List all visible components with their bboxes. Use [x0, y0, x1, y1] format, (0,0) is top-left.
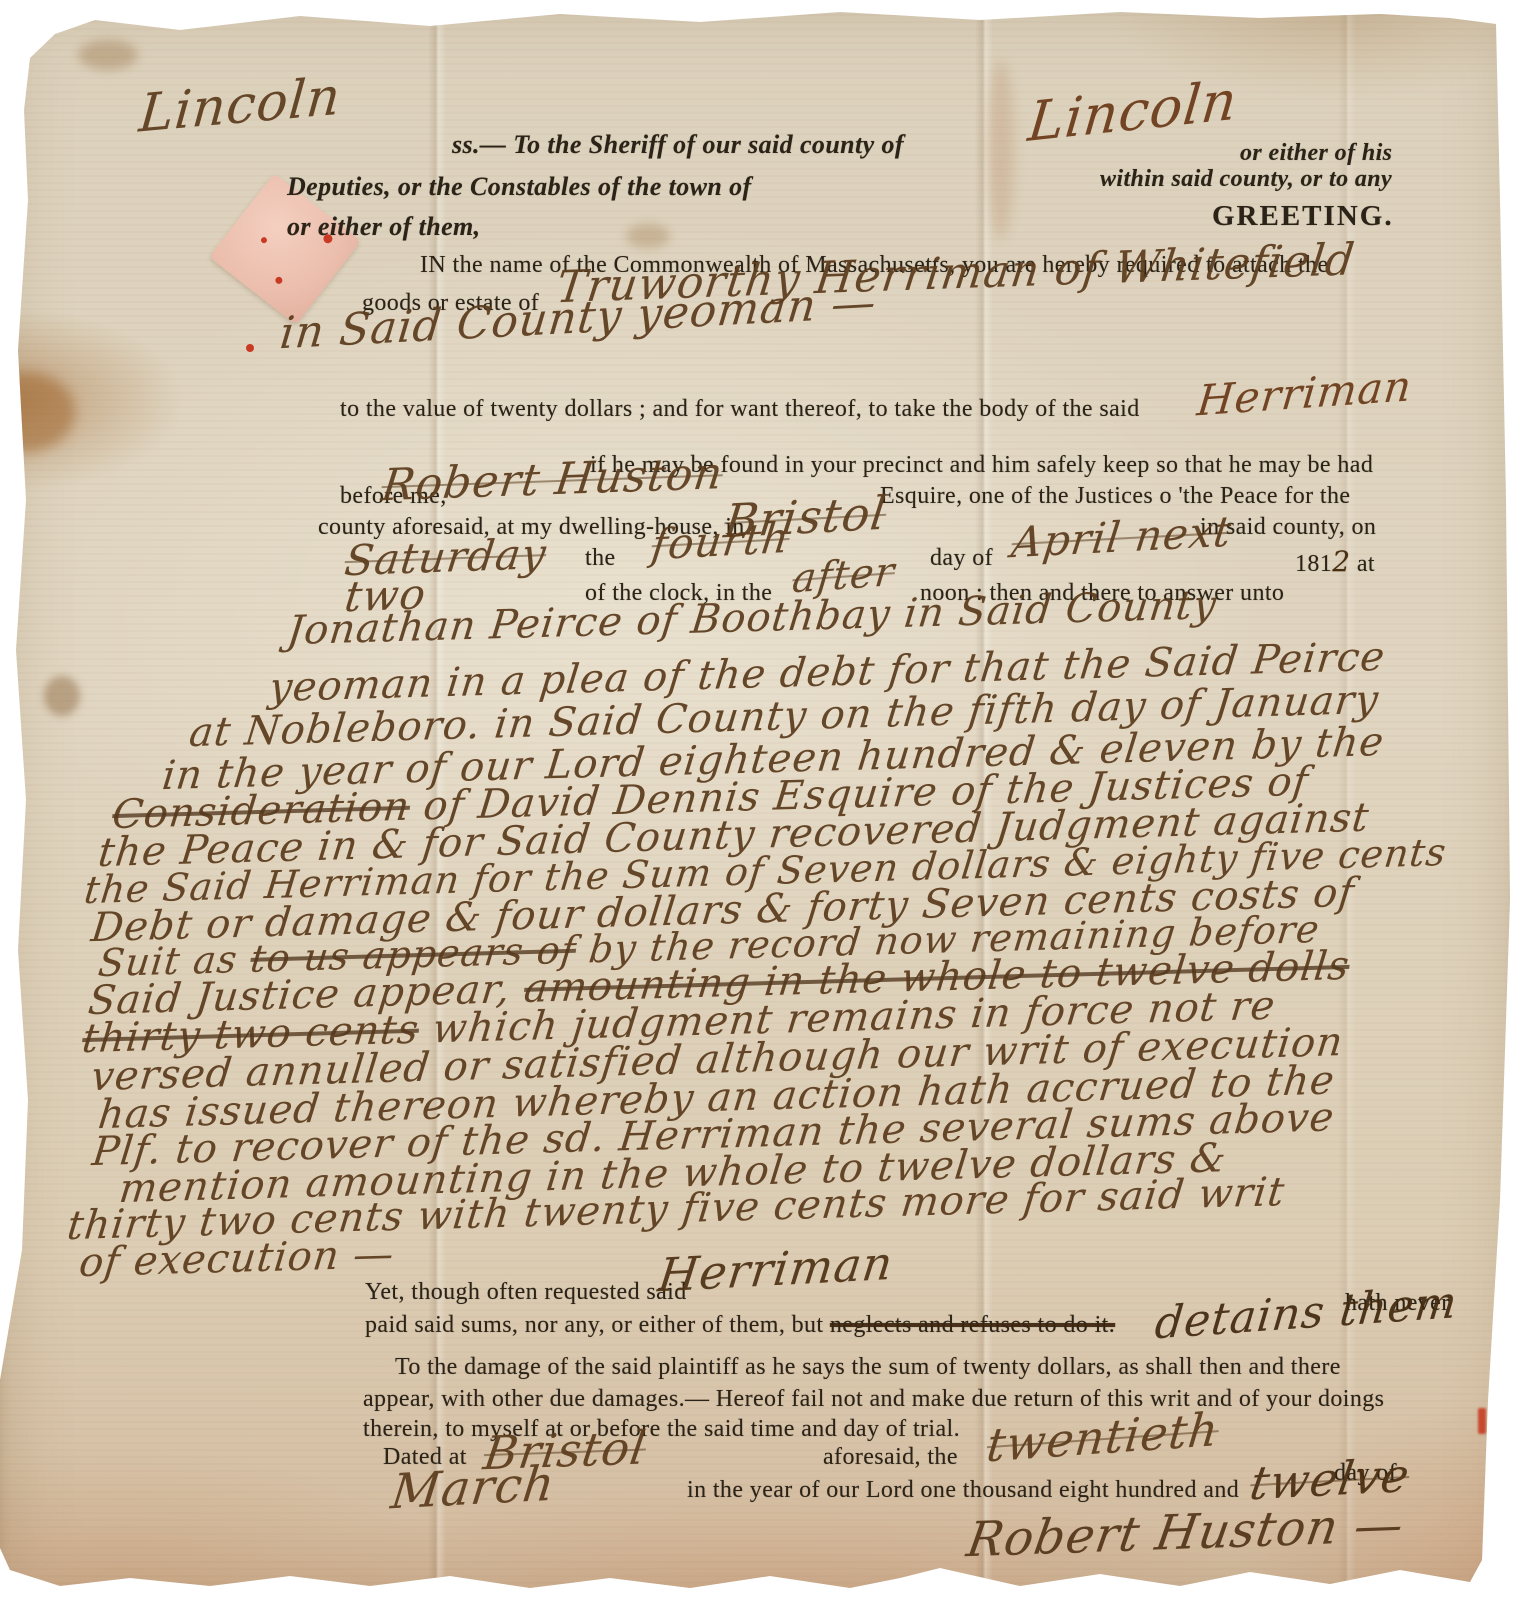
- printed-year-line: in the year of our Lord one thousand eig…: [687, 1477, 1239, 1504]
- wax-speck: [246, 344, 254, 352]
- printed-paid-text: paid said sums, nor any, or either of th…: [365, 1312, 830, 1338]
- printed-damage-line-1: To the damage of the said plaintiff as h…: [395, 1354, 1341, 1381]
- printed-yet-line: Yet, though often requested said: [365, 1279, 687, 1306]
- printed-value-line: to the value of twenty dollars ; and for…: [340, 396, 1140, 423]
- year-last-digit-handwritten: 2: [1332, 545, 1350, 578]
- printed-year-digits: 181: [1295, 551, 1332, 577]
- printed-day-of: day of: [930, 545, 993, 572]
- wax-speck: [260, 236, 268, 244]
- detains-them-handwritten: detains them: [1153, 1277, 1461, 1350]
- handwritten-line: of execution —: [77, 1231, 397, 1286]
- printed-aforesaid-the: aforesaid, the: [823, 1444, 958, 1471]
- printed-neglects-struck: neglects and refuses to do it.: [830, 1312, 1115, 1338]
- stain: [626, 224, 670, 248]
- defendant-surname-handwritten-2: Herriman: [655, 1236, 896, 1303]
- scanned-document: Lincoln ss.— To the Sheriff of our said …: [0, 0, 1516, 1600]
- stain: [0, 372, 75, 452]
- red-edge-mark: [8, 158, 20, 174]
- stain: [44, 676, 80, 716]
- printed-at: at: [1357, 551, 1375, 577]
- document-paper: Lincoln ss.— To the Sheriff of our said …: [0, 0, 1516, 1600]
- printed-damage-line-3: therein, to myself at or before the said…: [363, 1416, 960, 1443]
- printed-or-either-his: or either of his: [1240, 140, 1392, 167]
- month-handwritten: April next: [1009, 506, 1235, 567]
- county-handwritten-left: Lincoln: [137, 66, 344, 144]
- red-edge-mark: [1478, 1408, 1486, 1434]
- printed-paid-line: paid said sums, nor any, or either of th…: [365, 1312, 1115, 1339]
- defendant-surname-handwritten: Herriman: [1195, 361, 1415, 425]
- red-edge-mark: [2, 96, 8, 128]
- printed-the: the: [585, 545, 616, 572]
- wax-speck: [274, 275, 284, 285]
- dateline-month-handwritten: March: [388, 1455, 558, 1520]
- day-ordinal-handwritten: fourth: [649, 513, 793, 570]
- stain: [78, 40, 138, 70]
- handwritten-segment: of execution —: [77, 1231, 397, 1286]
- county-handwritten-right: Lincoln: [1025, 68, 1240, 154]
- printed-year-at: 1812 at: [1295, 545, 1375, 578]
- printed-within-county-line: within said county, or to any: [1100, 166, 1392, 193]
- red-edge-mark: [0, 20, 8, 70]
- printed-ss-sheriff-line: ss.— To the Sheriff of our said county o…: [452, 130, 904, 160]
- stain: [988, 60, 1014, 240]
- printed-or-either-them: or either of them,: [287, 212, 481, 242]
- printed-greeting: GREETING.: [1212, 200, 1394, 233]
- printed-deputies-line: Deputies, or the Constables of the town …: [287, 172, 752, 202]
- printed-damage-line-2: appear, with other due damages.— Hereof …: [363, 1386, 1384, 1413]
- printed-esquire-line: Esquire, one of the Justices o 'the Peac…: [880, 483, 1350, 510]
- justice-name-handwritten: Robert Huston: [379, 448, 726, 511]
